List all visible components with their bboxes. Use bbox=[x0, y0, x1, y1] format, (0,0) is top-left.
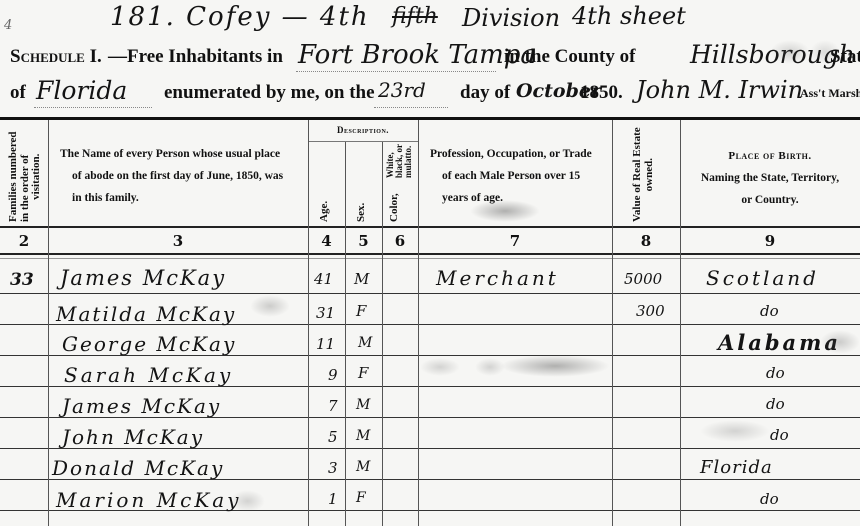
smudge bbox=[820, 330, 860, 354]
person-profession: Merchant bbox=[436, 266, 559, 290]
person-name: John McKay bbox=[62, 425, 204, 449]
smudge bbox=[500, 355, 610, 377]
name-header: The Name of every Person whose usual pla… bbox=[60, 143, 283, 209]
birthplace: do bbox=[766, 364, 785, 382]
person-sex: M bbox=[358, 335, 372, 351]
person-sex: M bbox=[356, 428, 370, 444]
person-age: 7 bbox=[328, 397, 338, 415]
sheet-text: 4th sheet bbox=[572, 2, 686, 30]
person-age: 1 bbox=[328, 490, 338, 508]
year-text: 1850. bbox=[580, 82, 623, 104]
schedule-label: Schedule I. bbox=[10, 46, 102, 68]
column-number: 2 bbox=[0, 232, 48, 250]
person-name: Donald McKay bbox=[52, 456, 224, 480]
top-note: 181. Cofey — 4th bbox=[110, 2, 370, 32]
person-sex: F bbox=[356, 302, 366, 320]
county-text: in the County of bbox=[504, 46, 635, 68]
person-sex: M bbox=[354, 270, 369, 288]
enumerated-text: enumerated by me, on the bbox=[164, 82, 375, 104]
birthplace: Scotland bbox=[706, 266, 819, 290]
enumerator-signature: John M. Irwin bbox=[636, 76, 803, 104]
value-header: Value of Real Estate owned. bbox=[632, 127, 655, 222]
state-field: Florida bbox=[36, 76, 127, 105]
person-age: 31 bbox=[316, 304, 335, 322]
struck-text: fifth bbox=[392, 4, 438, 29]
family-number: 33 bbox=[10, 270, 34, 290]
person-age: 5 bbox=[328, 428, 338, 446]
schedule-title: —Free Inhabitants in bbox=[108, 46, 283, 68]
profession-header: Profession, Occupation, or Trade of each… bbox=[430, 143, 592, 209]
smudge bbox=[230, 490, 265, 512]
smudge bbox=[810, 40, 840, 64]
birthplace-header: Place of Birth. Naming the State, Territ… bbox=[680, 145, 860, 211]
page-mark: 4 bbox=[4, 18, 12, 33]
title-suffix: Ass't Marshal bbox=[800, 86, 860, 101]
sex-header: Sex. bbox=[356, 203, 368, 222]
division-text: Division bbox=[462, 4, 560, 32]
column-number: 5 bbox=[345, 232, 382, 250]
person-sex: F bbox=[356, 490, 366, 506]
person-sex: M bbox=[356, 397, 370, 413]
smudge bbox=[770, 40, 810, 64]
person-sex: M bbox=[356, 459, 370, 475]
birthplace: Florida bbox=[700, 457, 773, 478]
person-sex: F bbox=[358, 364, 368, 382]
column-number: 8 bbox=[612, 232, 680, 250]
person-name: James McKay bbox=[60, 266, 226, 290]
color-options: White, black, or mulatto. bbox=[386, 144, 413, 178]
smudge bbox=[470, 200, 540, 222]
column-number: 9 bbox=[680, 232, 860, 250]
birthplace: do bbox=[770, 426, 789, 444]
person-name: Matilda McKay bbox=[56, 302, 236, 326]
place-field: Fort Brook Tampa bbox=[298, 40, 536, 70]
person-name: Marion McKay bbox=[56, 488, 241, 512]
real-estate-value: 300 bbox=[636, 302, 665, 320]
description-header: Description. bbox=[308, 125, 418, 135]
person-name: James McKay bbox=[62, 394, 221, 418]
smudge bbox=[250, 295, 290, 317]
families-header: Families numbered in the order of visita… bbox=[8, 131, 43, 222]
birthplace: do bbox=[760, 490, 779, 508]
person-age: 3 bbox=[328, 459, 338, 477]
age-header: Age. bbox=[319, 201, 331, 222]
person-age: 9 bbox=[328, 366, 338, 384]
color-header: Color, bbox=[389, 193, 401, 222]
real-estate-value: 5000 bbox=[624, 270, 662, 288]
birthplace: do bbox=[766, 395, 785, 413]
of-text: of bbox=[10, 82, 26, 104]
person-name: George McKay bbox=[62, 332, 236, 356]
smudge bbox=[700, 420, 770, 442]
column-number: 6 bbox=[382, 232, 418, 250]
birthplace: do bbox=[760, 302, 779, 320]
smudge bbox=[475, 358, 505, 376]
day-text: day of bbox=[460, 82, 510, 104]
column-number: 4 bbox=[308, 232, 345, 250]
day-field: 23rd bbox=[378, 78, 426, 102]
person-age: 11 bbox=[316, 335, 335, 353]
column-number: 3 bbox=[48, 232, 308, 250]
person-age: 41 bbox=[314, 270, 333, 288]
smudge bbox=[420, 358, 460, 376]
column-number: 7 bbox=[418, 232, 612, 250]
person-name: Sarah McKay bbox=[64, 363, 233, 387]
